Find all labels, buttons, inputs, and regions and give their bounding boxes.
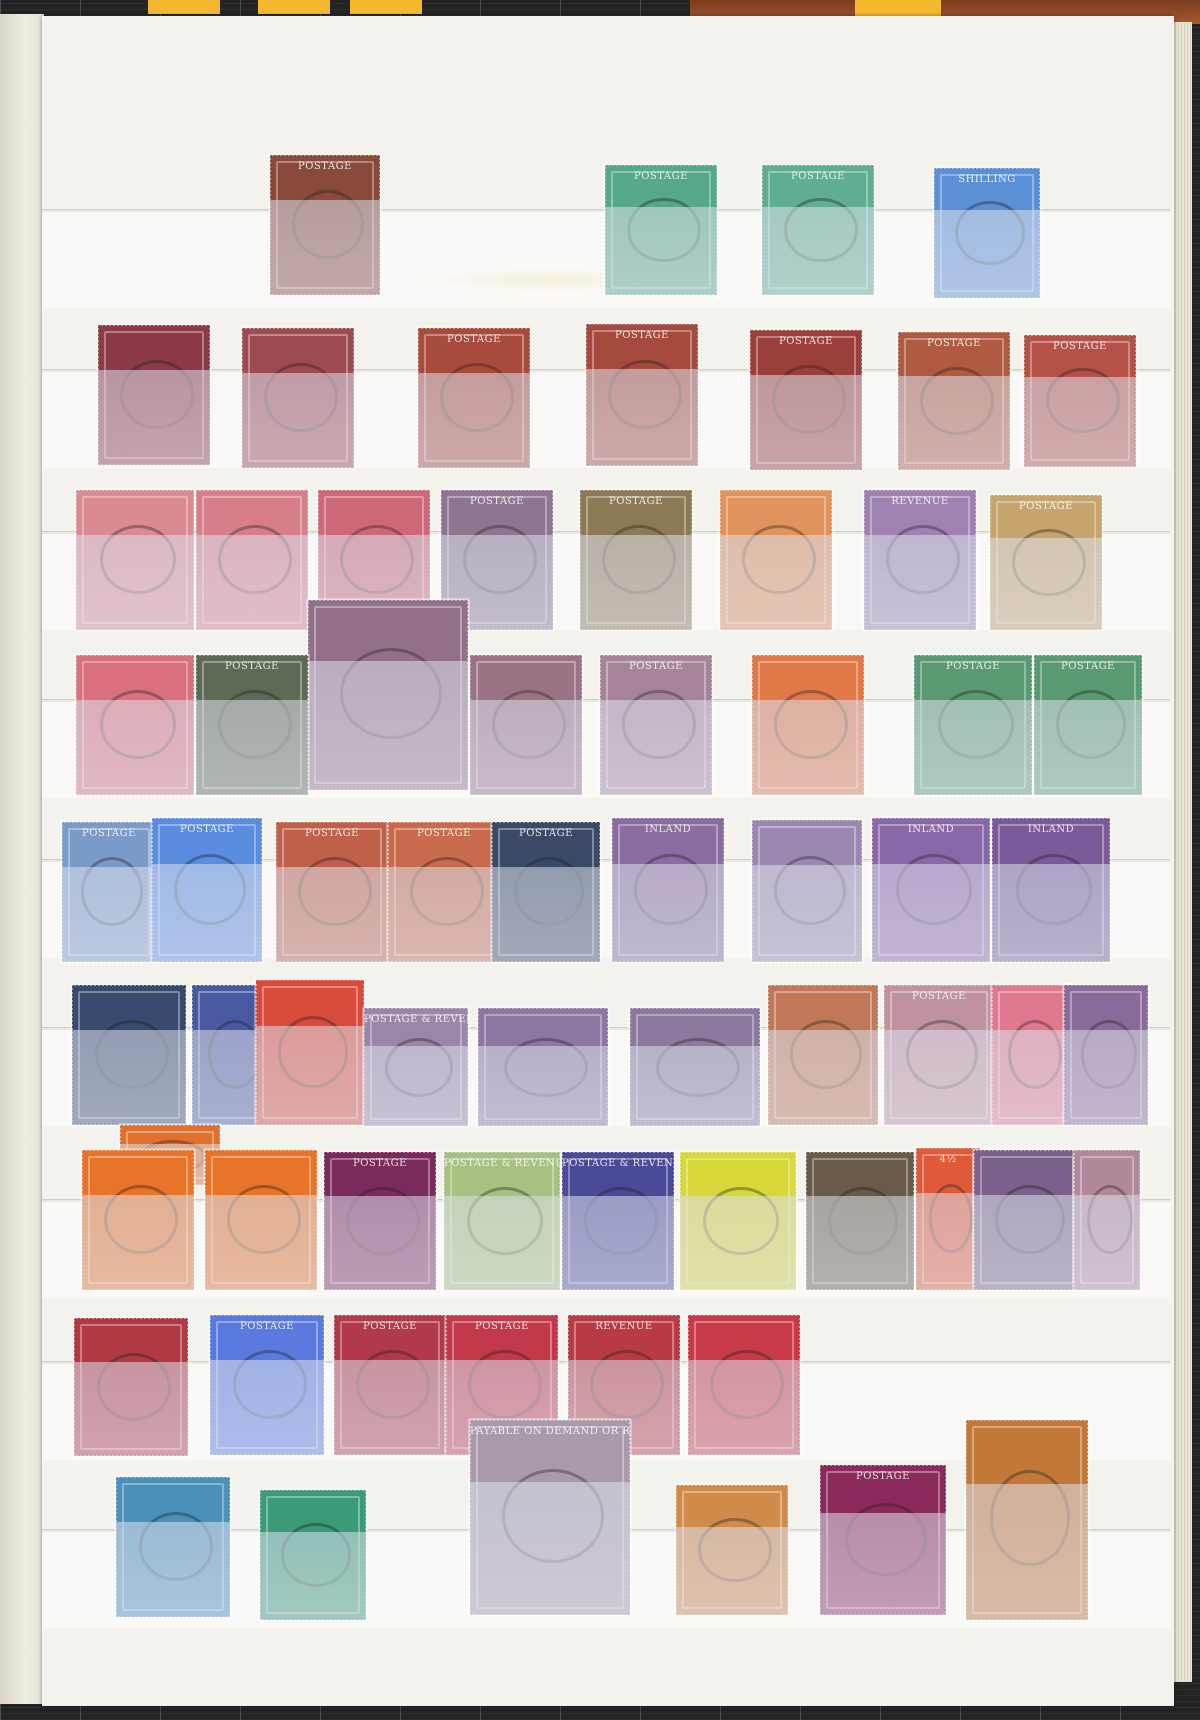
glassine-veil [492,867,600,962]
glassine-veil [762,207,874,295]
glassine-veil [308,661,468,790]
stamp [74,1318,188,1456]
stamp: INLAND [992,818,1110,962]
glassine-veil [934,210,1040,298]
stamp-inscription: POSTAGE [441,496,553,507]
index-tab [258,0,330,14]
stamp: POSTAGE & REVENUE [364,1008,468,1126]
stamp-inscription: POSTAGE [418,334,530,345]
stamp-inscription: INLAND [872,824,990,835]
glassine-veil [688,1360,800,1455]
glassine-veil [76,700,194,795]
stamp: POSTAGE [196,655,308,795]
stamp [720,490,832,630]
glassine-veil [600,700,712,795]
stamp-inscription: POSTAGE [820,1471,946,1482]
stamp: POSTAGE [62,822,156,962]
stamp-inscription: POSTAGE [270,161,380,172]
glassine-veil [152,864,262,962]
stamp [98,325,210,465]
stamp: PAYABLE ON DEMAND OR RE [470,1420,630,1615]
stamp-inscription: POSTAGE [884,991,994,1002]
glassine-veil [256,1026,364,1125]
glassine-veil [418,373,530,468]
stamp-inscription: POSTAGE [152,824,262,835]
stamp-inscription: POSTAGE [1034,661,1142,672]
stamp [806,1152,914,1290]
glassine-veil [82,1195,194,1290]
glassine-veil [74,1362,188,1456]
stamp-inscription: POSTAGE [446,1321,558,1332]
glassine-veil [444,1196,560,1290]
stamp: POSTAGE [210,1315,324,1455]
stamp-inscription: REVENUE [864,496,976,507]
stamp [688,1315,800,1455]
stamp-inscription: INLAND [612,824,724,835]
stamp [76,655,194,795]
stamp: INLAND [872,818,990,962]
glassine-veil [806,1196,914,1290]
stamp: POSTAGE [418,328,530,468]
glassine-veil [752,865,862,962]
stamp [470,655,582,795]
stamp-inscription: PAYABLE ON DEMAND OR RE [470,1426,630,1437]
stamp [242,328,354,468]
stamp-inscription: POSTAGE [580,496,692,507]
glassine-veil [76,535,194,630]
stamp [72,985,186,1125]
glassine-veil [196,700,308,795]
stamp-inscription: REVENUE [568,1321,680,1332]
stamp-inscription: POSTAGE [276,828,388,839]
glassine-veil [388,867,500,962]
glassine-veil [974,1195,1080,1290]
stamp: POSTAGE [605,165,717,295]
stamp: POSTAGE [492,822,600,962]
glassine-veil [992,864,1110,962]
stamp: POSTAGE & REVENUE [444,1152,560,1290]
index-tab [350,0,422,14]
glassine-veil [720,535,832,630]
stamp-inscription: INLAND [992,824,1110,835]
glassine-veil [242,373,354,468]
glassine-veil [276,867,388,962]
glassine-veil [676,1527,788,1615]
stamp [478,1008,608,1126]
glassine-veil [1064,1030,1148,1125]
glassine-veil [750,375,862,470]
glassine-veil [916,1193,980,1290]
glassine-veil [334,1360,446,1455]
glassine-veil [210,1360,324,1455]
stamp: POSTAGE [270,155,380,295]
stamp: POSTAGE [884,985,994,1125]
glassine-veil [768,1030,878,1125]
index-tab [148,0,220,14]
stamp: INLAND [612,818,724,962]
glassine-veil [605,207,717,295]
stamp-inscription: POSTAGE [586,330,698,341]
glassine-veil [270,200,380,295]
glassine-veil [364,1046,468,1126]
glassine-veil [752,700,864,795]
stamp-inscription: POSTAGE [492,828,600,839]
glassine-veil [990,538,1102,630]
stamp: SHILLING [934,168,1040,298]
glassine-veil [324,1196,436,1290]
stamp: POSTAGE [276,822,388,962]
stamp-inscription: POSTAGE [388,828,500,839]
glassine-veil [1034,700,1142,795]
stamp: POSTAGE [1034,655,1142,795]
glassine-veil [872,864,990,962]
stamp [116,1477,230,1617]
stamp: POSTAGE [600,655,712,795]
glassine-veil [478,1046,608,1126]
stamp [974,1150,1080,1290]
stamp: POSTAGE [580,490,692,630]
stamp: POSTAGE [820,1465,946,1615]
stamp-inscription: POSTAGE [600,661,712,672]
stamp-inscription: SHILLING [934,174,1040,185]
stamp-inscription: POSTAGE [990,501,1102,512]
stamp [1064,985,1148,1125]
album-spine [0,14,44,1704]
glassine-veil [992,1030,1072,1125]
stamp [196,490,308,630]
glassine-veil [864,535,976,630]
stamp [76,490,194,630]
stamp: POSTAGE [334,1315,446,1455]
glassine-veil [580,535,692,630]
stamp: REVENUE [864,490,976,630]
stamp-inscription: POSTAGE [762,171,874,182]
glassine-veil [820,1513,946,1615]
stamp [676,1485,788,1615]
glassine-veil [116,1522,230,1617]
stamp [752,820,862,962]
stamp [992,985,1072,1125]
glassine-veil [898,376,1010,470]
stamp-inscription: POSTAGE [210,1321,324,1332]
glassine-veil [966,1484,1088,1620]
stamp [308,600,468,790]
stamp [768,985,878,1125]
stamp [752,655,864,795]
glassine-veil [680,1196,796,1290]
stamp: POSTAGE [324,1152,436,1290]
stamp [205,1150,317,1290]
glassine-veil [62,867,156,962]
stamp [680,1152,796,1290]
stamp-inscription: POSTAGE [62,828,156,839]
stamp [1074,1150,1140,1290]
stamp: POSTAGE [762,165,874,295]
stamp: POSTAGE [750,330,862,470]
stamp-inscription: POSTAGE [750,336,862,347]
stamp-inscription: POSTAGE [605,171,717,182]
glassine-veil [1024,377,1136,467]
glassine-veil [562,1196,674,1290]
stamp-inscription: POSTAGE [324,1158,436,1169]
glassine-veil [612,864,724,962]
glassine-veil [1074,1195,1140,1290]
stamp-inscription: POSTAGE [334,1321,446,1332]
stamp [260,1490,366,1620]
stamp [630,1008,760,1126]
glassine-veil [586,369,698,466]
stamp-inscription: POSTAGE & REVENUE [562,1158,674,1169]
stamp-inscription: POSTAGE [914,661,1032,672]
stamp-inscription: POSTAGE [1024,341,1136,352]
stamp: POSTAGE [152,818,262,962]
glassine-veil [470,700,582,795]
stamp: POSTAGE [898,332,1010,470]
glassine-veil [260,1532,366,1620]
stamp: 4½ [916,1148,980,1290]
glassine-veil [884,1030,994,1125]
glassine-veil [470,1482,630,1615]
stamp-inscription: POSTAGE & REVENUE [364,1014,468,1025]
stamp [256,980,364,1125]
stamp: POSTAGE [1024,335,1136,467]
glassine-veil [630,1046,760,1126]
stamp-inscription: POSTAGE [196,661,308,672]
glassine-veil [914,700,1032,795]
stamp: POSTAGE [914,655,1032,795]
glassine-veil [72,1030,186,1125]
stamp-inscription: 4½ [916,1154,980,1165]
glassine-veil [205,1195,317,1290]
stamp: POSTAGE [586,324,698,466]
stamp [966,1420,1088,1620]
stamp-inscription: POSTAGE & REVENUE [444,1158,560,1169]
stamp: POSTAGE & REVENUE [562,1152,674,1290]
stamp [82,1150,194,1290]
stamp: POSTAGE [990,495,1102,630]
stamp-inscription: POSTAGE [898,338,1010,349]
glassine-veil [196,535,308,630]
stamp: POSTAGE [388,822,500,962]
glassine-veil [98,370,210,465]
